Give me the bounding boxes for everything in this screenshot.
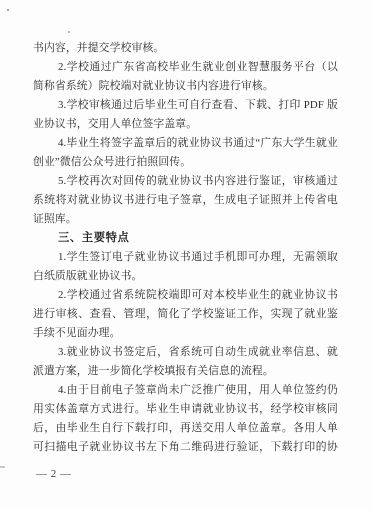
text-line: 证照库。 bbox=[33, 210, 338, 229]
scan-speckle bbox=[68, 31, 70, 33]
text-line: 白纸质版就业协议书。 bbox=[33, 267, 338, 286]
text-line: 用实体盖章方式进行。毕业生申请就业协议书，经学校审核同意 bbox=[33, 400, 338, 419]
text-line: 业协议书，交用人单位签字盖章。 bbox=[33, 115, 338, 134]
text-line: 手续不见面办理。 bbox=[33, 324, 338, 343]
text-line: 书内容，并提交学校审核。 bbox=[33, 39, 338, 58]
text-line: 后，由毕业生自行下载打印，再送交用人单位盖章。各用人单位 bbox=[33, 419, 338, 438]
document-page: 书内容，并提交学校审核。2.学校通过广东省高校毕业生就业创业智慧服务平台（以下简… bbox=[0, 0, 372, 510]
text-line: 派遣方案，进一步简化学校填报有关信息的流程。 bbox=[33, 362, 338, 381]
text-line: 可扫描电子就业协议书左下角二维码进行验证，下载打印的协议 bbox=[33, 438, 338, 457]
text-line: 2.学校通过广东省高校毕业生就业创业智慧服务平台（以下 bbox=[33, 58, 338, 77]
page-number: — 2 — bbox=[36, 468, 72, 480]
text-line: 3.就业协议书签定后，省系统可自动生成就业率信息、就业 bbox=[33, 343, 338, 362]
text-line: 2.学校通过省系统院校端即可对本校毕业生的就业协议书 bbox=[33, 286, 338, 305]
text-line: 系统将对就业协议书进行电子签章，生成电子证照并上传省电子 bbox=[33, 191, 338, 210]
text-line: 1.学生签订电子就业协议书通过手机即可办理，无需领取空 bbox=[33, 248, 338, 267]
text-line: 简称省系统）院校端对就业协议书内容进行审核。 bbox=[33, 77, 338, 96]
scan-edge-mark bbox=[0, 466, 5, 468]
scan-speckle bbox=[7, 9, 9, 11]
text-line: 3.学校审核通过后毕业生可自行查看、下载、打印 PDF 版就 bbox=[33, 96, 338, 115]
text-line: 创业”微信公众号进行拍照回传。 bbox=[33, 153, 338, 172]
text-line: 进行审核、查看、管理，简化了学校鉴证工作，实现了就业鉴证 bbox=[33, 305, 338, 324]
section-heading: 三、主要特点 bbox=[33, 229, 338, 248]
text-line: 4.由于目前电子签章尚未广泛推广使用，用人单位签约仍采 bbox=[33, 381, 338, 400]
text-line: 5.学校再次对回传的就业协议书内容进行鉴证，审核通过后 bbox=[33, 172, 338, 191]
document-body: 书内容，并提交学校审核。2.学校通过广东省高校毕业生就业创业智慧服务平台（以下简… bbox=[33, 39, 338, 457]
text-line: 4.毕业生将签字盖章后的就业协议书通过“广东大学生就业 bbox=[33, 134, 338, 153]
